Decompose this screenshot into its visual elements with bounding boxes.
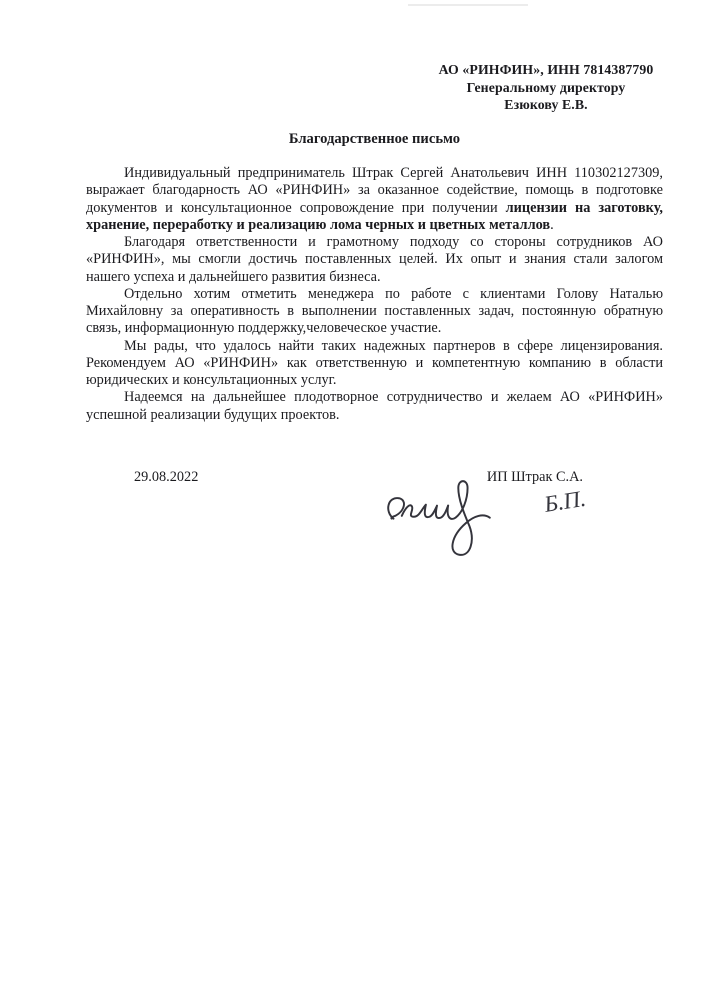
recipient-company: АО «РИНФИН», ИНН 7814387790 [438, 61, 654, 79]
recipient-block: АО «РИНФИН», ИНН 7814387790 Генеральному… [438, 61, 654, 114]
paragraph-gratitude-period: . [550, 217, 554, 233]
paragraph-recommendation: Мы рады, что удалось найти таких надежны… [86, 338, 663, 390]
paragraph-gratitude: Индивидуальный предприниматель Штрак Сер… [86, 165, 663, 234]
recipient-position: Генеральному директору [438, 79, 654, 97]
letter-title: Благодарственное письмо [86, 131, 663, 148]
paragraph-closing: Надеемся на дальнейшее плодотворное сотр… [86, 389, 663, 424]
letter-page: АО «РИНФИН», ИНН 7814387790 Генеральному… [0, 0, 708, 1000]
recipient-name: Езюкову Е.В. [438, 96, 654, 114]
handwritten-initials-icon: Б.П. [540, 480, 602, 522]
letter-body: Индивидуальный предприниматель Штрак Сер… [86, 165, 663, 424]
scan-artifact [408, 4, 528, 6]
paragraph-manager: Отдельно хотим отметить менеджера по раб… [86, 286, 663, 338]
letter-date: 29.08.2022 [134, 469, 198, 486]
initials-text: Б.П. [541, 486, 587, 517]
paragraph-staff: Благодаря ответственности и грамотному п… [86, 234, 663, 286]
handwritten-signature-icon [376, 476, 498, 564]
